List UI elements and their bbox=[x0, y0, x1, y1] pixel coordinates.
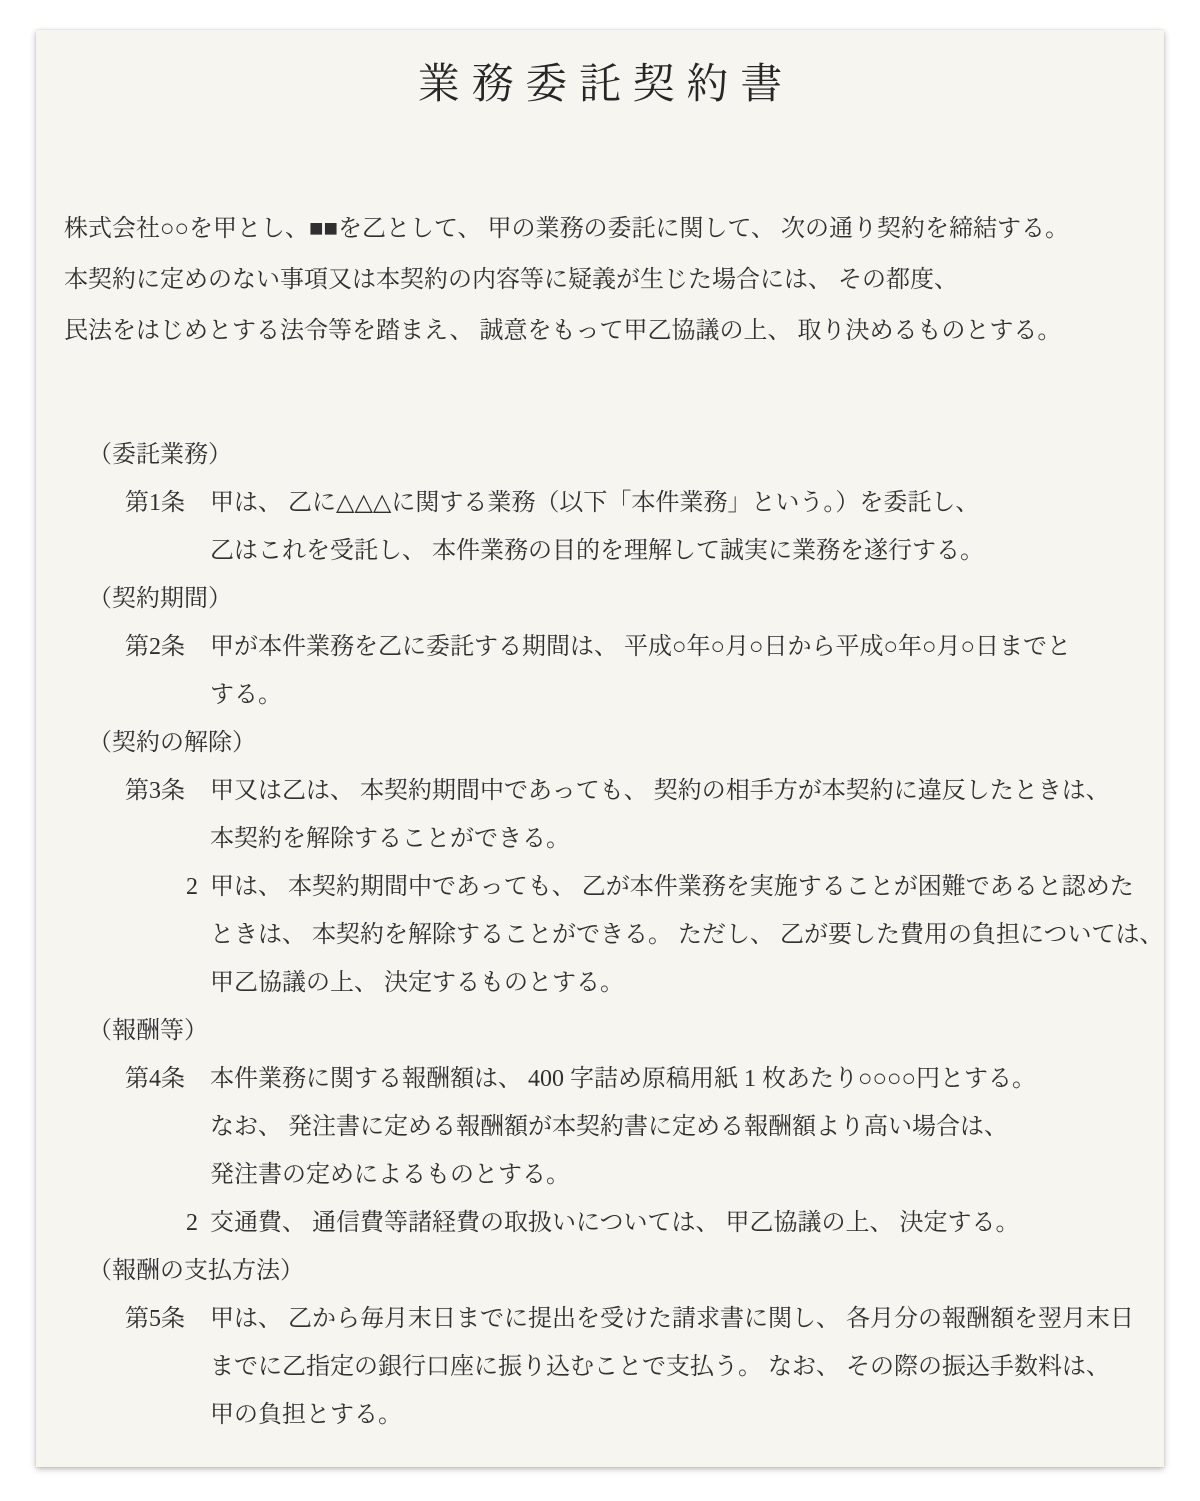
clause-row: 第4条 本件業務に関する報酬額は、 400 字詰め原稿用紙 1 枚あたり○○○○… bbox=[36, 1055, 1164, 1103]
paragraph-number: 2 bbox=[186, 863, 210, 911]
continuation-line: 甲の負担とする。 bbox=[36, 1391, 1164, 1439]
clause-text: 甲は、 乙に△△△に関する業務（以下「本件業務」という。）を委託し、 bbox=[210, 479, 979, 527]
clause-row: 第1条 甲は、 乙に△△△に関する業務（以下「本件業務」という。）を委託し、 bbox=[36, 479, 1164, 527]
clause-text: 本件業務に関する報酬額は、 400 字詰め原稿用紙 1 枚あたり○○○○円とする… bbox=[210, 1055, 1036, 1103]
clause-row: 2 甲は、 本契約期間中であっても、 乙が本件業務を実施することが困難であると認… bbox=[36, 863, 1164, 911]
contract-body: （委託業務） 第1条 甲は、 乙に△△△に関する業務（以下「本件業務」という。）… bbox=[36, 431, 1164, 1439]
continuation-line: なお、 発注書に定める報酬額が本契約書に定める報酬額より高い場合は、 bbox=[36, 1103, 1164, 1151]
clause-number: 第3条 bbox=[125, 767, 210, 815]
continuation-line: までに乙指定の銀行口座に振り込むことで支払う。 なお、 その際の振込手数料は、 bbox=[36, 1343, 1164, 1391]
continuation-line: ときは、 本契約を解除することができる。 ただし、 乙が要した費用の負担について… bbox=[36, 911, 1164, 959]
clause-text: 甲は、 乙から毎月末日までに提出を受けた請求書に関し、 各月分の報酬額を翌月末日 bbox=[210, 1295, 1134, 1343]
intro-line: 株式会社○○を甲とし、■■を乙として、 甲の業務の委託に関して、 次の通り契約を… bbox=[64, 204, 1136, 255]
continuation-line: 本契約を解除することができる。 bbox=[36, 815, 1164, 863]
contract-document: 業務委託契約書 株式会社○○を甲とし、■■を乙として、 甲の業務の委託に関して、… bbox=[36, 30, 1164, 1467]
section-heading: （契約の解除） bbox=[36, 719, 1164, 767]
clause-row: 第2条 甲が本件業務を乙に委託する期間は、 平成○年○月○日から平成○年○月○日… bbox=[36, 623, 1164, 671]
intro-line: 本契約に定めのない事項又は本契約の内容等に疑義が生じた場合には、 その都度、 bbox=[64, 255, 1136, 306]
clause-text: 甲が本件業務を乙に委託する期間は、 平成○年○月○日から平成○年○月○日までと bbox=[210, 623, 1071, 671]
continuation-line: 乙はこれを受託し、 本件業務の目的を理解して誠実に業務を遂行する。 bbox=[36, 527, 1164, 575]
clause-number: 第5条 bbox=[125, 1295, 210, 1343]
intro-paragraph: 株式会社○○を甲とし、■■を乙として、 甲の業務の委託に関して、 次の通り契約を… bbox=[64, 204, 1136, 357]
section-heading: （報酬等） bbox=[36, 1007, 1164, 1055]
clause-text: 甲は、 本契約期間中であっても、 乙が本件業務を実施することが困難であると認めた bbox=[210, 863, 1134, 911]
intro-line: 民法をはじめとする法令等を踏まえ、 誠意をもって甲乙協議の上、 取り決めるものと… bbox=[64, 306, 1136, 357]
paragraph-number: 2 bbox=[186, 1199, 210, 1247]
clause-row: 第3条 甲又は乙は、 本契約期間中であっても、 契約の相手方が本契約に違反したと… bbox=[36, 767, 1164, 815]
continuation-line: 発注書の定めによるものとする。 bbox=[36, 1151, 1164, 1199]
section-heading: （委託業務） bbox=[36, 431, 1164, 479]
clause-text: 交通費、 通信費等諸経費の取扱いについては、 甲乙協議の上、 決定する。 bbox=[210, 1199, 1020, 1247]
clause-number: 第4条 bbox=[125, 1055, 210, 1103]
page-title: 業務委託契約書 bbox=[36, 56, 1164, 114]
continuation-line: する。 bbox=[36, 671, 1164, 719]
continuation-line: 甲乙協議の上、 決定するものとする。 bbox=[36, 959, 1164, 1007]
clause-text: 甲又は乙は、 本契約期間中であっても、 契約の相手方が本契約に違反したときは、 bbox=[210, 767, 1110, 815]
clause-row: 2 交通費、 通信費等諸経費の取扱いについては、 甲乙協議の上、 決定する。 bbox=[36, 1199, 1164, 1247]
section-heading: （報酬の支払方法） bbox=[36, 1247, 1164, 1295]
clause-number: 第2条 bbox=[125, 623, 210, 671]
clause-number: 第1条 bbox=[125, 479, 210, 527]
clause-row: 第5条 甲は、 乙から毎月末日までに提出を受けた請求書に関し、 各月分の報酬額を… bbox=[36, 1295, 1164, 1343]
section-heading: （契約期間） bbox=[36, 575, 1164, 623]
